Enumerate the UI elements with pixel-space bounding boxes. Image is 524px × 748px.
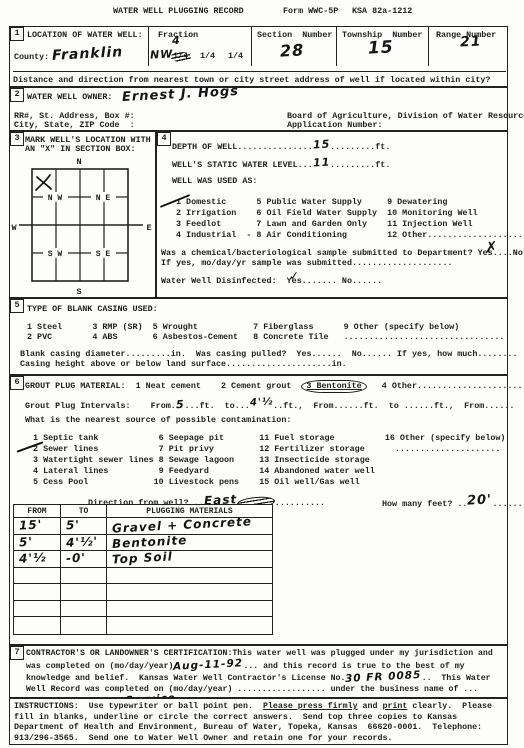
section-1-title: LOCATION OF WATER WELL: <box>27 30 143 41</box>
cell-material: Top Soil <box>112 550 173 565</box>
compass-w: W <box>11 223 17 233</box>
used-as-line-2: 2 Irrigation 6 Oil Field Water Supply 10… <box>176 208 478 219</box>
table-row: Top Soil <box>107 551 272 568</box>
contamination-line-4: 4 Lateral lines 9 Feedyard 14 Abandoned … <box>28 466 375 477</box>
table-row <box>61 568 107 585</box>
contamination-line-5: 5 Cess Pool 10 Livestock pens 15 Oil wel… <box>28 477 360 488</box>
sample-question-line: Was a chemical/bacteriological sample su… <box>161 248 524 259</box>
disinfected-line: Water Well Disinfected: Yes....... No...… <box>161 276 382 287</box>
used-as-line-1: 1 Domestic 5 Public Water Supply 9 Dewat… <box>176 197 447 208</box>
county-label: County: <box>14 52 49 63</box>
distance-question: Distance and direction from nearest town… <box>13 71 506 86</box>
table-row: 5' <box>14 535 61 552</box>
cell-to: 5' <box>66 519 81 532</box>
section-6-badge: 6 <box>10 376 24 390</box>
section-4-badge: 4 <box>157 132 171 146</box>
quarter-se-label: S E <box>96 250 111 259</box>
used-as-line-3: 3 Feedlot 7 Lawn and Garden Only 11 Inje… <box>176 219 473 230</box>
table-row: 5' <box>61 518 107 535</box>
instructions-part-2: and <box>358 702 383 711</box>
sample-date-line: If yes, mo/day/yr sample was submitted..… <box>161 258 453 269</box>
owner-value-handwriting: Ernest J. Hogs <box>122 85 240 104</box>
interval-from-handwriting: 5 <box>175 399 184 410</box>
fraction-quarter-3: 1/4 <box>228 51 243 62</box>
statute-number: KSA 82a-1212 <box>352 6 412 17</box>
feet-label: How many feet? .. <box>382 499 467 509</box>
static-label: WELL'S STATIC WATER LEVEL... <box>172 160 313 170</box>
fraction-4-handwriting: 4 <box>172 35 181 46</box>
cert-date-handwriting: Aug-11-92 <box>173 658 244 672</box>
water-well-plugging-record-form: WATER WELL PLUGGING RECORD Form WWC-5P K… <box>0 0 524 748</box>
table-row <box>107 601 272 618</box>
cell-to: 4'½' <box>66 535 99 549</box>
range-number-value: 21 <box>460 34 482 49</box>
depth-of-well-line: DEPTH OF WELL...............15.........f… <box>172 139 390 153</box>
depth-value-handwriting: 15 <box>312 139 330 151</box>
divider <box>336 27 337 66</box>
feet-value-handwriting: 20' <box>467 493 493 507</box>
contamination-line-3: 3 Watertight sewer lines 8 Sewage lagoon… <box>28 455 370 466</box>
address-label-2: City, State, ZIP Code : <box>14 120 135 131</box>
page-title: WATER WELL PLUGGING RECORD <box>113 6 244 17</box>
section-3-location-grid: 3 MARK WELL'S LOCATION WITH AN "X" IN SE… <box>9 131 156 298</box>
interval-to-handwriting: 4'½ <box>250 397 274 408</box>
section-2-badge: 2 <box>10 88 24 102</box>
plugging-materials-table: FROM TO PLUGGING MATERIALS 15' 5' Gravel… <box>13 504 273 635</box>
section-4-depth: 4 DEPTH OF WELL...............15........… <box>156 131 508 298</box>
county-value-handwriting: Franklin <box>52 45 124 63</box>
table-row <box>14 568 61 585</box>
intervals-text-2: ...ft. to... <box>184 401 249 411</box>
disinfected-yes-check <box>289 270 301 283</box>
table-header-from: FROM <box>14 505 61 518</box>
cell-material: Bentonite <box>112 534 188 550</box>
section-7-certification: 7 CONTRACTOR'S OR LANDOWNER'S CERTIFICAT… <box>9 645 508 698</box>
grout-intervals-line: Grout Plug Intervals: From.5...ft. to...… <box>25 398 524 412</box>
section-6-grout: 6 GROUT PLUG MATERIAL: 1 Neat cement 2 C… <box>9 375 508 645</box>
static-level-line: WELL'S STATIC WATER LEVEL...11.........f… <box>172 157 390 171</box>
feet-dots: ............... <box>493 499 524 509</box>
used-as-line-4: 4 Industrial - 8 Air Conditioning 12 Oth… <box>176 230 523 241</box>
depth-suffix: .........ft. <box>330 142 390 152</box>
compass-e: E <box>146 223 151 233</box>
table-row: Bentonite <box>107 535 272 552</box>
cert-license-handwriting: 30 FR 0085 <box>345 670 422 684</box>
table-row <box>107 568 272 585</box>
cell-material: Gravel + Concrete <box>112 515 252 534</box>
section-3-badge: 3 <box>10 132 24 146</box>
section-number-label: Section Number <box>257 30 332 41</box>
contamination-line-1: 1 Septic tank 6 Seepage pit 11 Fuel stor… <box>28 433 505 444</box>
sample-no-x-mark <box>485 240 499 256</box>
used-as-label: WELL WAS USED AS: <box>172 176 257 187</box>
cell-to: -0' <box>66 551 87 564</box>
table-row <box>107 584 272 601</box>
table-row: 4'½' <box>61 535 107 552</box>
quarter-sw-label: S W <box>48 250 63 259</box>
instructions-part-1: INSTRUCTIONS: Use typewriter or ball poi… <box>14 702 263 711</box>
table-row <box>14 584 61 601</box>
section-5-casing: 5 TYPE OF BLANK CASING USED: 1 Steel 3 R… <box>9 298 508 375</box>
form-number: Form WWC-5P <box>283 6 338 17</box>
instructions-text: INSTRUCTIONS: Use typewriter or ball poi… <box>14 702 505 744</box>
section-number-value: 28 <box>280 42 305 59</box>
quarter-nw-label: N W <box>48 194 63 203</box>
divider <box>428 27 429 66</box>
divider <box>148 27 149 66</box>
table-row <box>14 601 61 618</box>
instructions-underlined-1: Please press firmly <box>263 702 358 711</box>
handwritten-x-mark <box>36 175 51 190</box>
table-row: 15' <box>14 518 61 535</box>
section-box-grid: N S W E N W N E S W S E <box>10 154 155 296</box>
fraction-quarter-scribbled: 1/4 <box>173 51 188 62</box>
casing-options-row-2: 2 PVC 4 ABS 6 Asbestos-Cement 8 Concrete… <box>27 332 504 343</box>
section-7-badge: 7 <box>10 646 24 660</box>
board-label-2: Application Number: <box>287 120 383 131</box>
casing-options-row-1: 1 Steel 3 RMP (SR) 5 Wrought 7 Fiberglas… <box>27 322 459 333</box>
casing-diameter-line: Blank casing diameter.........in. Was ca… <box>20 349 518 360</box>
instructions-box: INSTRUCTIONS: Use typewriter or ball poi… <box>9 698 508 745</box>
compass-s: S <box>76 287 81 296</box>
table-row <box>61 584 107 601</box>
section-5-title: TYPE OF BLANK CASING USED: <box>27 304 158 315</box>
section-2-owner: 2 WATER WELL OWNER: Ernest J. Hogs RR#, … <box>9 87 508 131</box>
fraction-quarter-2: 1/4 <box>200 51 215 62</box>
table-row: 4'½ <box>14 551 61 568</box>
contamination-question: What is the nearest source of possible c… <box>25 415 291 426</box>
how-many-feet-line: How many feet? ..20'............... <box>382 494 524 510</box>
grout-bentonite-circled: 3 Bentonite <box>301 380 366 393</box>
table-row: Gravel + Concrete <box>107 518 272 535</box>
table-row <box>61 601 107 618</box>
grout-material-line: GROUT PLUG MATERIAL: 1 Neat cement 2 Cem… <box>25 381 524 392</box>
township-number-value: 15 <box>368 39 395 57</box>
quarter-ne-label: N E <box>96 194 111 203</box>
contamination-line-2: 2 Sewer lines 7 Pit privy 12 Fertilizer … <box>28 444 500 455</box>
grout-other: 4 Other......................... <box>367 381 524 391</box>
divider <box>251 27 252 66</box>
casing-height-line: Casing height above or below land surfac… <box>20 359 347 370</box>
section-1-badge: 1 <box>10 27 24 41</box>
owner-label: WATER WELL OWNER: <box>27 92 112 103</box>
static-suffix: .........ft. <box>330 160 390 170</box>
table-row <box>107 617 272 634</box>
section-5-badge: 5 <box>10 299 24 313</box>
table-row <box>14 617 61 634</box>
static-value-handwriting: 11 <box>312 157 330 169</box>
instructions-underlined-2: print <box>382 702 407 711</box>
intervals-text-1: Grout Plug Intervals: From. <box>25 401 176 411</box>
cell-from: 5' <box>19 535 34 548</box>
section-1-location: 1 LOCATION OF WATER WELL: County: Frankl… <box>9 26 508 87</box>
cell-from: 4'½ <box>19 551 47 564</box>
direction-dots: .......... <box>275 498 325 508</box>
depth-label: DEPTH OF WELL............... <box>172 142 313 152</box>
cell-from: 15' <box>19 518 43 531</box>
table-header-to: TO <box>61 505 107 518</box>
section-3-title-2: AN "X" IN SECTION BOX: <box>25 144 136 155</box>
table-row: -0' <box>61 551 107 568</box>
compass-n: N <box>76 157 81 167</box>
fraction-nw-handwriting: NW <box>150 48 174 60</box>
intervals-text-3: ..ft., From......ft. to ......ft., From.… <box>273 401 524 411</box>
table-row <box>61 617 107 634</box>
grout-label: GROUT PLUG MATERIAL: 1 Neat cement 2 Cem… <box>25 381 301 391</box>
